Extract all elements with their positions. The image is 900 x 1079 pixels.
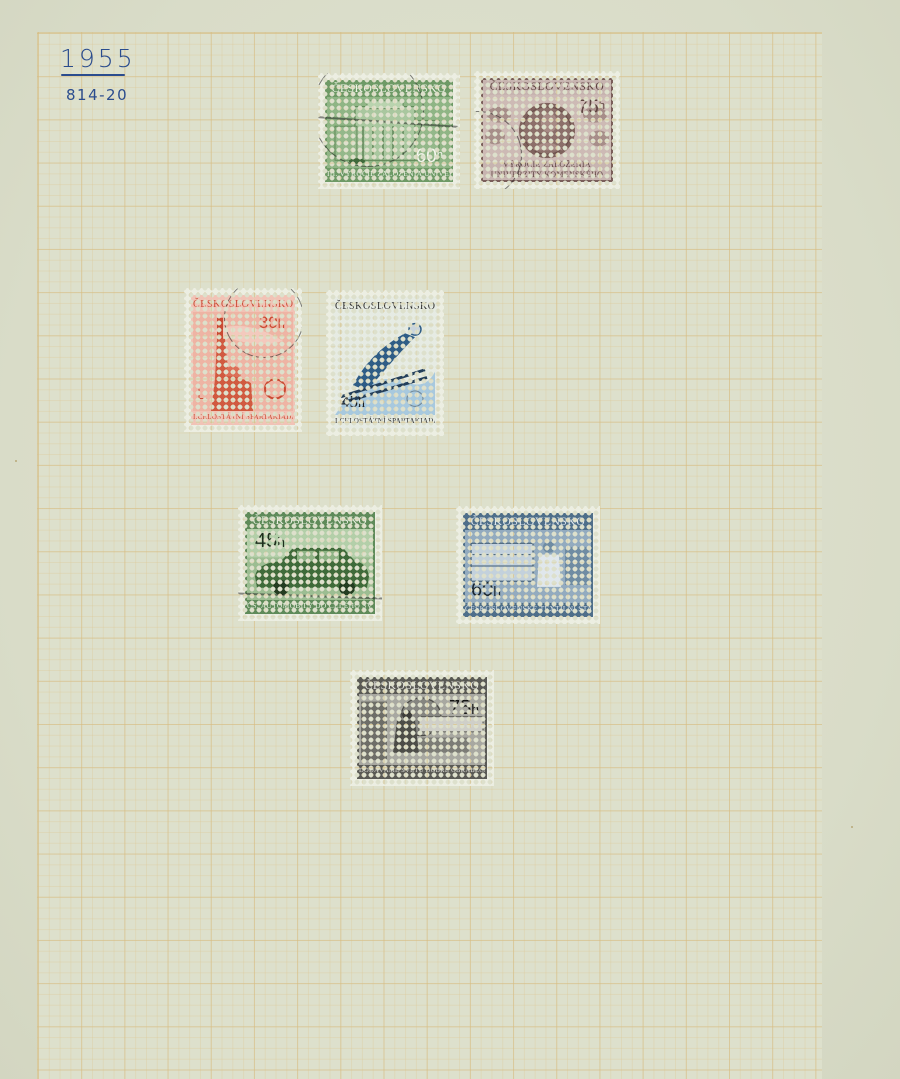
stamp-value: 75h: [578, 98, 605, 117]
stamp-value: 45h: [341, 392, 365, 413]
stamp-frame: ČESKOSLOVENSKO 60h: [325, 80, 453, 182]
stamp-caption: VÝROČIE ZALOŽENIA UNIVERZITY KOMENSKÉHO: [483, 160, 611, 180]
stamp-value: 60h: [471, 581, 501, 601]
graph-paper-grid: [37, 32, 822, 1079]
stamp-frame: ČESKOSLOVENSKO 30h I.CELOSTÁTNÍ SPARTAKI…: [191, 295, 295, 425]
stamp-caption: ČESKOSLOVENSKÉ TEXTILNÍ STAVY: [465, 603, 591, 615]
stamp-caption: DODÁVÁME SVĚTU DOBRÉ OBRÁBĚCÍ STROJE: [359, 765, 485, 777]
stamp-caption: III. VÝROČIE ZALOŽENIA UNIVERZITY KOMENS…: [327, 168, 451, 180]
stamp-machine-tools[interactable]: ČESKOSLOVENSKO 75h DODÁVÁME SVĚTU DOBRÉ …: [350, 670, 494, 786]
paper-speck: [15, 460, 17, 462]
handwritten-year: 1955: [60, 44, 136, 73]
stamp-university-building[interactable]: ČESKOSLOVENSKO 60h: [318, 73, 460, 189]
stamp-country: ČESKOSLOVENSKO: [465, 515, 591, 530]
stamp-value: 75h: [449, 699, 479, 719]
handwritten-catalog-range: 814-20: [66, 86, 128, 104]
stamp-frame: ČESKOSLOVENSKO 45h I.CELOSTÁTNÍ SPARTAKI…: [333, 297, 437, 429]
stamp-frame: ČESKOSLOVENSKO 75h DODÁVÁME SVĚTU DOBRÉ …: [357, 677, 487, 779]
stamp-caption: I.CELOSTÁTNÍ SPARTAKIÁDA: [193, 411, 293, 423]
stamp-value: 60h: [416, 147, 443, 166]
stamp-value: 45h: [255, 532, 285, 552]
album-page: 1955 814-20 ČESKOSLOVENSKO: [0, 0, 900, 1079]
stamp-comenius-medal[interactable]: ČESKOSLOVENSKO 75h VÝROČIE ZALOŽENIA: [474, 71, 620, 189]
stamp-country: ČESKOSLOVENSKO: [193, 297, 293, 312]
stamp-country: ČESKOSLOVENSKO: [327, 82, 451, 97]
stamp-value: 30h: [259, 313, 285, 333]
paper-speck: [851, 826, 853, 828]
stamp-country: ČESKOSLOVENSKO: [359, 679, 485, 694]
stamp-caption: ČS. AUTOMOBILY DO CELÉHO SVĚTA: [247, 600, 373, 612]
stamp-automobile[interactable]: ČESKOSLOVENSKO 45h ČS. AUTOMOBILY DO CEL…: [238, 505, 382, 621]
year-underline: [61, 74, 125, 76]
stamp-spartakiada-torch[interactable]: ČESKOSLOVENSKO 30h I.CELOSTÁTNÍ SPARTAKI…: [184, 288, 302, 432]
stamp-spartakiada-skijump[interactable]: ČESKOSLOVENSKO 45h I.CELOSTÁTNÍ SPARTAKI…: [326, 290, 444, 436]
stamp-frame: ČESKOSLOVENSKO 60h ČESKOSLOVENSKÉ TEXTIL…: [463, 513, 593, 617]
stamp-country: ČESKOSLOVENSKO: [247, 514, 373, 529]
stamp-country: ČESKOSLOVENSKO: [335, 299, 435, 314]
stamp-textile[interactable]: ČESKOSLOVENSKO 60h ČESKOSLOVENSKÉ TEXTIL…: [456, 506, 600, 624]
stamp-frame: ČESKOSLOVENSKO 75h VÝROČIE ZALOŽENIA: [481, 78, 613, 182]
stamp-country: ČESKOSLOVENSKO: [483, 80, 611, 95]
stamp-frame: ČESKOSLOVENSKO 45h ČS. AUTOMOBILY DO CEL…: [245, 512, 375, 614]
stamp-caption: I.CELOSTÁTNÍ SPARTAKIÁDA: [335, 415, 435, 427]
